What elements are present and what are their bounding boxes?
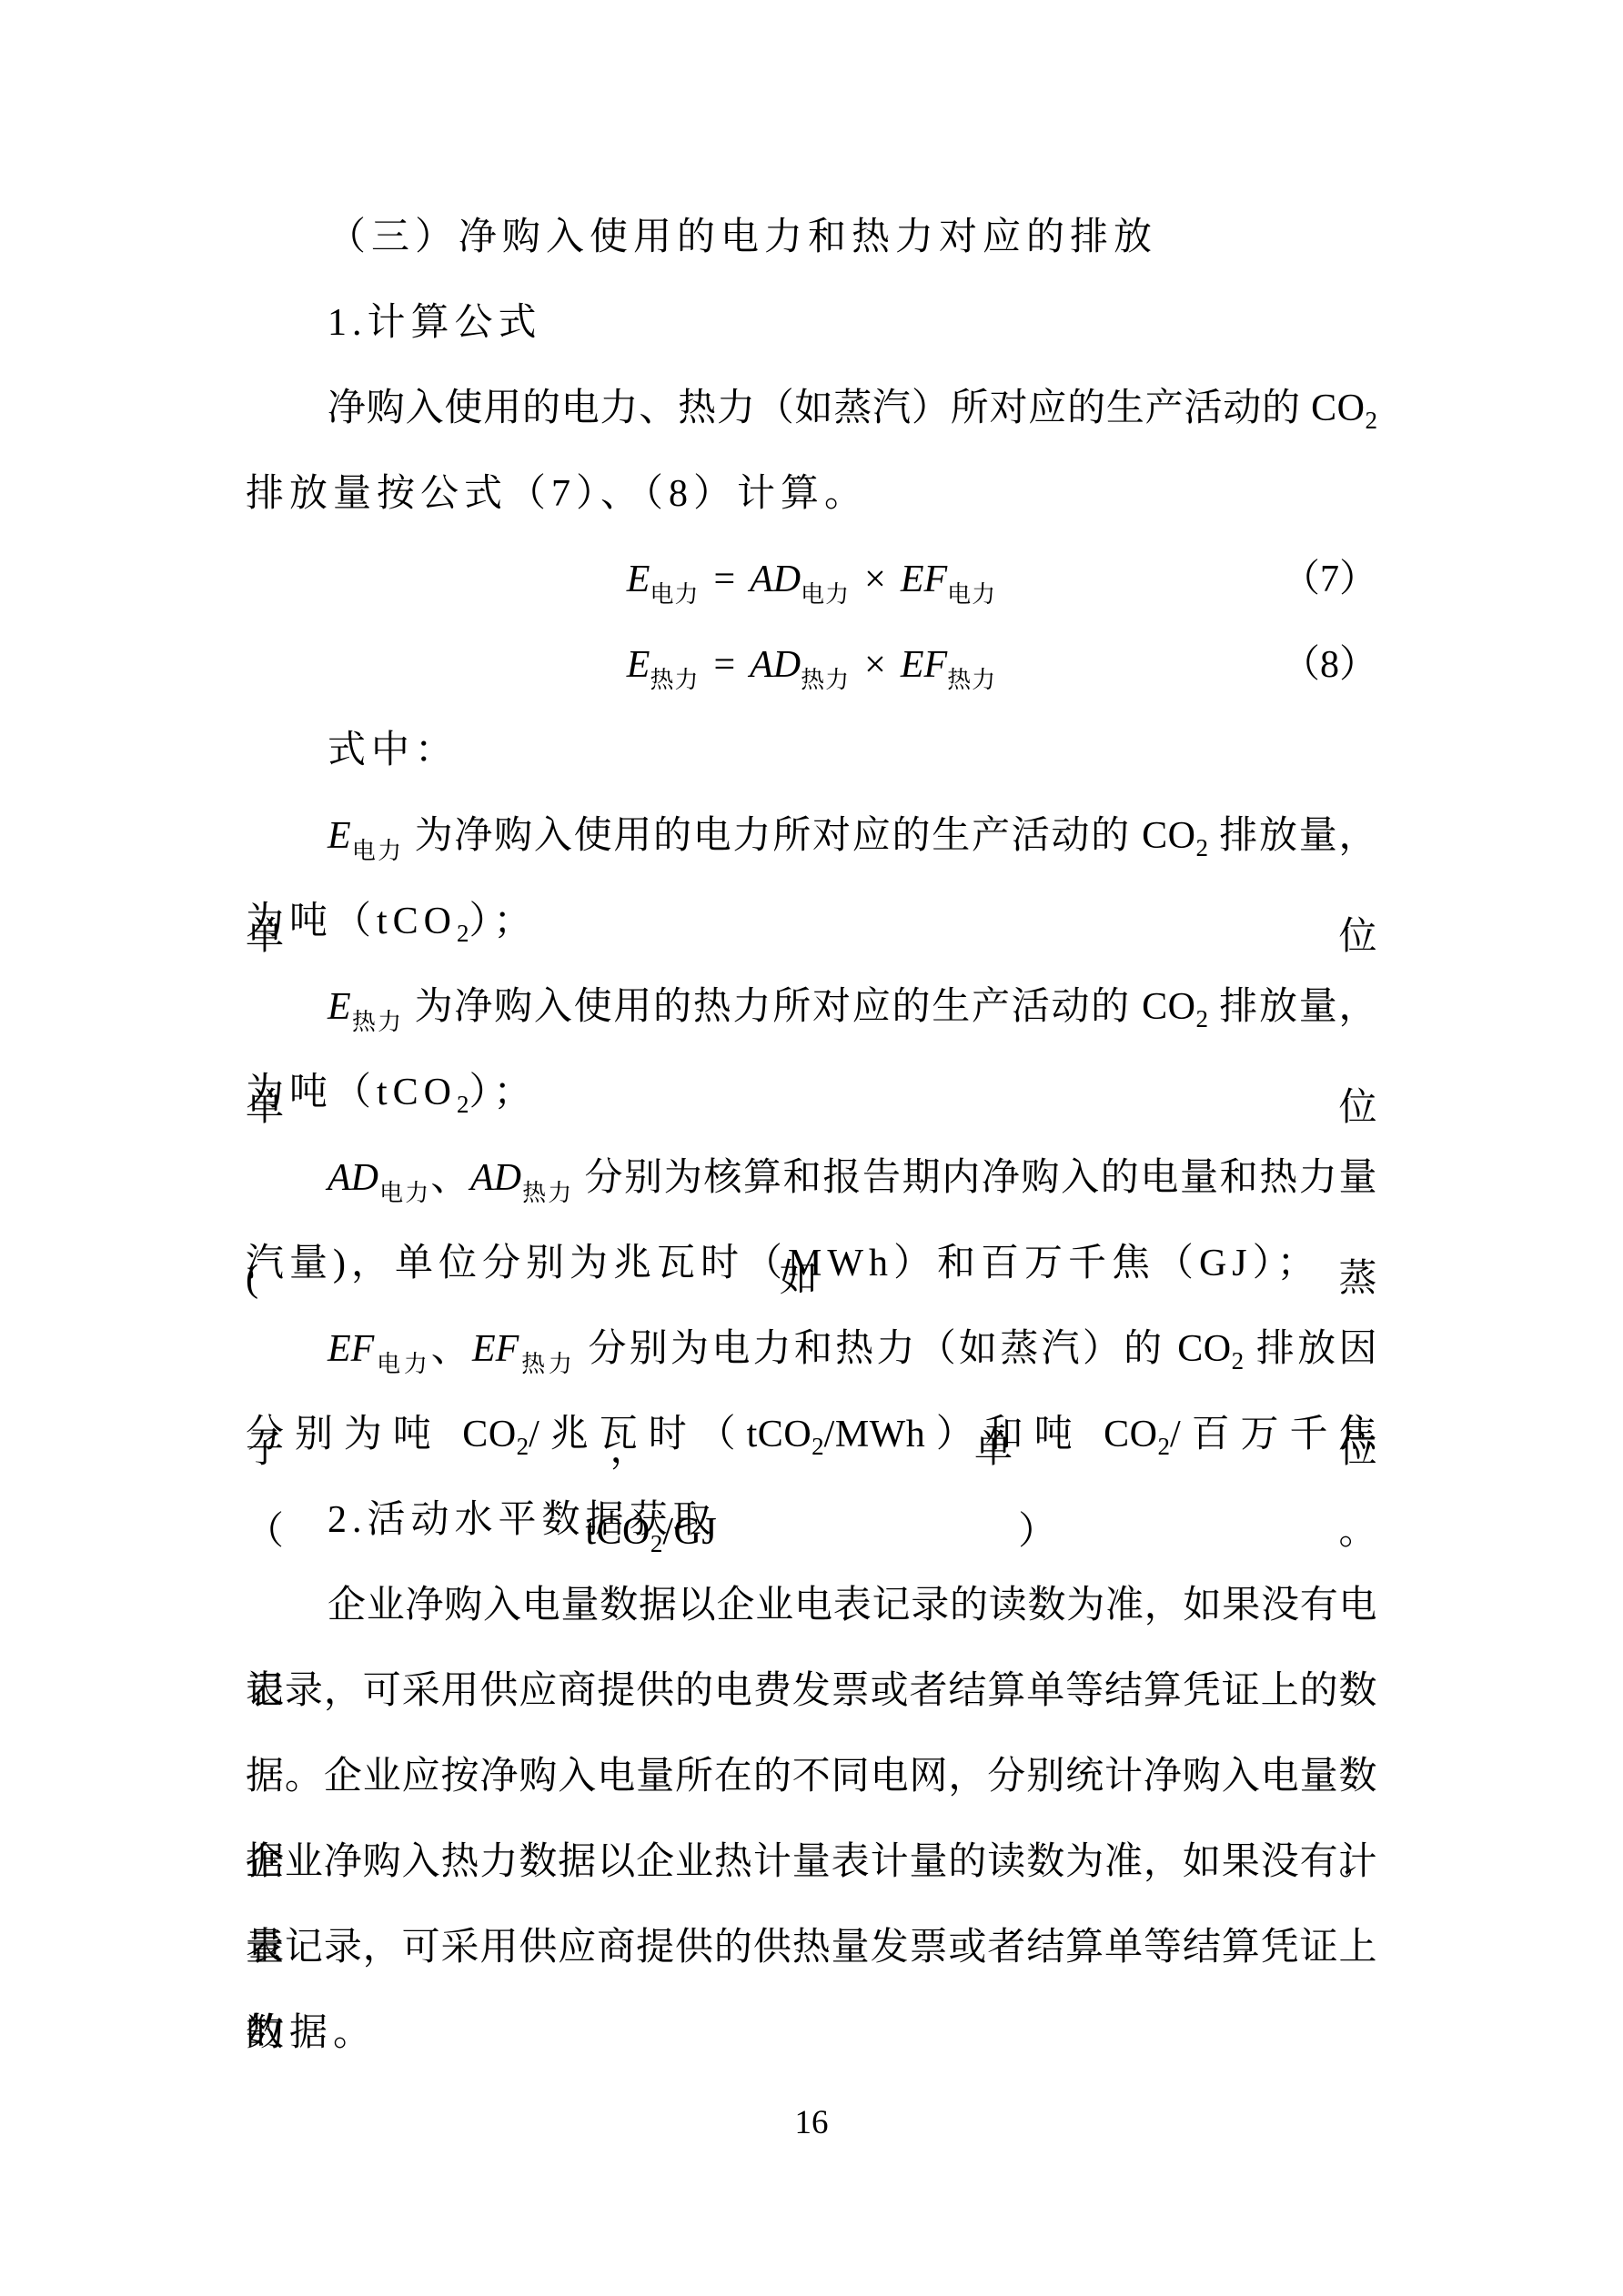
subscript: 2 bbox=[1196, 1005, 1209, 1032]
text-run: 式中： bbox=[328, 730, 459, 771]
body-line: 排放量按公式（7）、（8）计算。 bbox=[246, 451, 1377, 537]
text-run: 数据。 bbox=[246, 2012, 377, 2054]
operator: × bbox=[864, 644, 886, 686]
subscript: 电力 bbox=[801, 581, 850, 608]
body-line: AD电力、AD热力 分别为核算和报告期内净购入的电量和热力量(如蒸 bbox=[246, 1135, 1377, 1221]
text-run: 2.活动水平数据获取 bbox=[328, 1499, 717, 1541]
text-run: 分别为吨 CO bbox=[246, 1414, 517, 1455]
subscript: 2 bbox=[1366, 407, 1378, 434]
page-number: 16 bbox=[0, 2103, 1623, 2142]
text-run: 净购入使用的电力、热力（如蒸汽）所对应的生产活动的 CO bbox=[328, 388, 1366, 429]
body-line: 式中： bbox=[246, 708, 1377, 793]
variable: AD电力 bbox=[328, 1157, 430, 1199]
variable: E热力 bbox=[328, 986, 403, 1028]
text-run: （三）净购入使用的电力和热力对应的排放 bbox=[328, 217, 1157, 258]
subscript: 2 bbox=[1232, 1347, 1245, 1375]
formula-8: E热力=AD热力×EF热力（8） bbox=[246, 622, 1377, 708]
variable: E热力 bbox=[627, 644, 700, 686]
text-run: /MWh）和吨 CO bbox=[824, 1414, 1158, 1455]
text-run: ）； bbox=[469, 1072, 538, 1113]
subscript: 热力 bbox=[351, 1009, 404, 1035]
body-line: 企业净购入热力数据以企业热计量表计量的读数为准，如果没有计量 bbox=[246, 1819, 1377, 1905]
text-run: 、 bbox=[431, 1328, 472, 1370]
text-run: 记录，可采用供应商提供的电费发票或者结算单等结算凭证上的数 bbox=[246, 1670, 1377, 1712]
document-content: （三）净购入使用的电力和热力对应的排放1.计算公式净购入使用的电力、热力（如蒸汽… bbox=[246, 195, 1377, 2076]
body-line: E热力 为净购入使用的热力所对应的生产活动的 CO2 排放量，单位 bbox=[246, 964, 1377, 1050]
subscript: 电力 bbox=[947, 581, 996, 608]
body-line: 企业净购入电量数据以企业电表记录的读数为准，如果没有电表 bbox=[246, 1563, 1377, 1648]
text-run: ）； bbox=[469, 901, 538, 942]
text-run: 排放量按公式（7）、（8）计算。 bbox=[246, 473, 868, 515]
subscript: 热力 bbox=[801, 667, 850, 693]
text-run: /兆瓦时（tCO bbox=[529, 1414, 811, 1455]
subscript: 电力 bbox=[650, 581, 699, 608]
subscript: 2 bbox=[811, 1433, 824, 1460]
text-run: 为吨（tCO bbox=[246, 901, 457, 942]
variable: AD电力 bbox=[750, 559, 850, 600]
subscript: 热力 bbox=[521, 1180, 573, 1206]
variable: EF电力 bbox=[901, 559, 996, 600]
operator: × bbox=[864, 559, 886, 600]
body-line: 分别为吨 CO2/兆瓦时（tCO2/MWh）和吨 CO2/百万千焦（tCO2/G… bbox=[246, 1392, 1377, 1477]
variable: EF热力 bbox=[472, 1328, 576, 1370]
text-run: 、 bbox=[430, 1157, 470, 1199]
document-page: （三）净购入使用的电力和热力对应的排放1.计算公式净购入使用的电力、热力（如蒸汽… bbox=[0, 0, 1623, 2296]
variable: AD热力 bbox=[750, 644, 850, 686]
subscript: 电力 bbox=[351, 838, 404, 864]
formula-7: E电力=AD电力×EF电力（7） bbox=[246, 537, 1377, 622]
body-line: 据。企业应按净购入电量所在的不同电网，分别统计净购入电量数据。 bbox=[246, 1734, 1377, 1819]
equation-number: （7） bbox=[1282, 537, 1377, 622]
variable: EF热力 bbox=[901, 644, 996, 686]
variable: E电力 bbox=[627, 559, 700, 600]
subscript: 2 bbox=[457, 920, 469, 947]
text-run: 为净购入使用的电力所对应的生产活动的 CO bbox=[403, 815, 1195, 857]
variable: E电力 bbox=[328, 815, 403, 857]
text-run: /GJ）。 bbox=[662, 1511, 1377, 1553]
subscript: 热力 bbox=[947, 667, 996, 693]
text-run: 分别为电力和热力（如蒸汽）的 CO bbox=[576, 1328, 1232, 1370]
body-line: 净购入使用的电力、热力（如蒸汽）所对应的生产活动的 CO2 bbox=[246, 366, 1377, 451]
subscript: 2 bbox=[1196, 834, 1209, 861]
subheading-1: 1.计算公式 bbox=[246, 280, 1377, 366]
body-line: 汽量)，单位分别为兆瓦时（MWh）和百万千焦（GJ）； bbox=[246, 1221, 1377, 1306]
operator: = bbox=[713, 559, 735, 600]
equation-number: （8） bbox=[1282, 622, 1377, 708]
subscript: 2 bbox=[457, 1091, 469, 1118]
subscript: 热力 bbox=[519, 1351, 575, 1377]
text-run: 为净购入使用的热力所对应的生产活动的 CO bbox=[403, 986, 1195, 1028]
variable: AD热力 bbox=[470, 1157, 573, 1199]
body-line: 表记录，可采用供应商提供的供热量发票或者结算单等结算凭证上的 bbox=[246, 1905, 1377, 1990]
body-line: EF电力、EF热力 分别为电力和热力（如蒸汽）的 CO2 排放因子，单位 bbox=[246, 1306, 1377, 1392]
subscript: 电力 bbox=[378, 1180, 430, 1206]
operator: = bbox=[713, 644, 735, 686]
subscript: 电力 bbox=[374, 1351, 430, 1377]
subscript: 2 bbox=[517, 1433, 529, 1460]
text-run: 汽量)，单位分别为兆瓦时（MWh）和百万千焦（GJ）； bbox=[246, 1243, 1321, 1284]
subscript: 2 bbox=[1157, 1433, 1170, 1460]
text-run: 为吨（tCO bbox=[246, 1072, 457, 1113]
subscript: 热力 bbox=[650, 667, 699, 693]
section-heading: （三）净购入使用的电力和热力对应的排放 bbox=[246, 195, 1377, 280]
variable: EF电力 bbox=[328, 1328, 431, 1370]
body-line: 数据。 bbox=[246, 1990, 1377, 2076]
body-line: E电力 为净购入使用的电力所对应的生产活动的 CO2 排放量，单位 bbox=[246, 793, 1377, 879]
body-line: 记录，可采用供应商提供的电费发票或者结算单等结算凭证上的数 bbox=[246, 1648, 1377, 1734]
text-run: 1.计算公式 bbox=[328, 302, 542, 344]
